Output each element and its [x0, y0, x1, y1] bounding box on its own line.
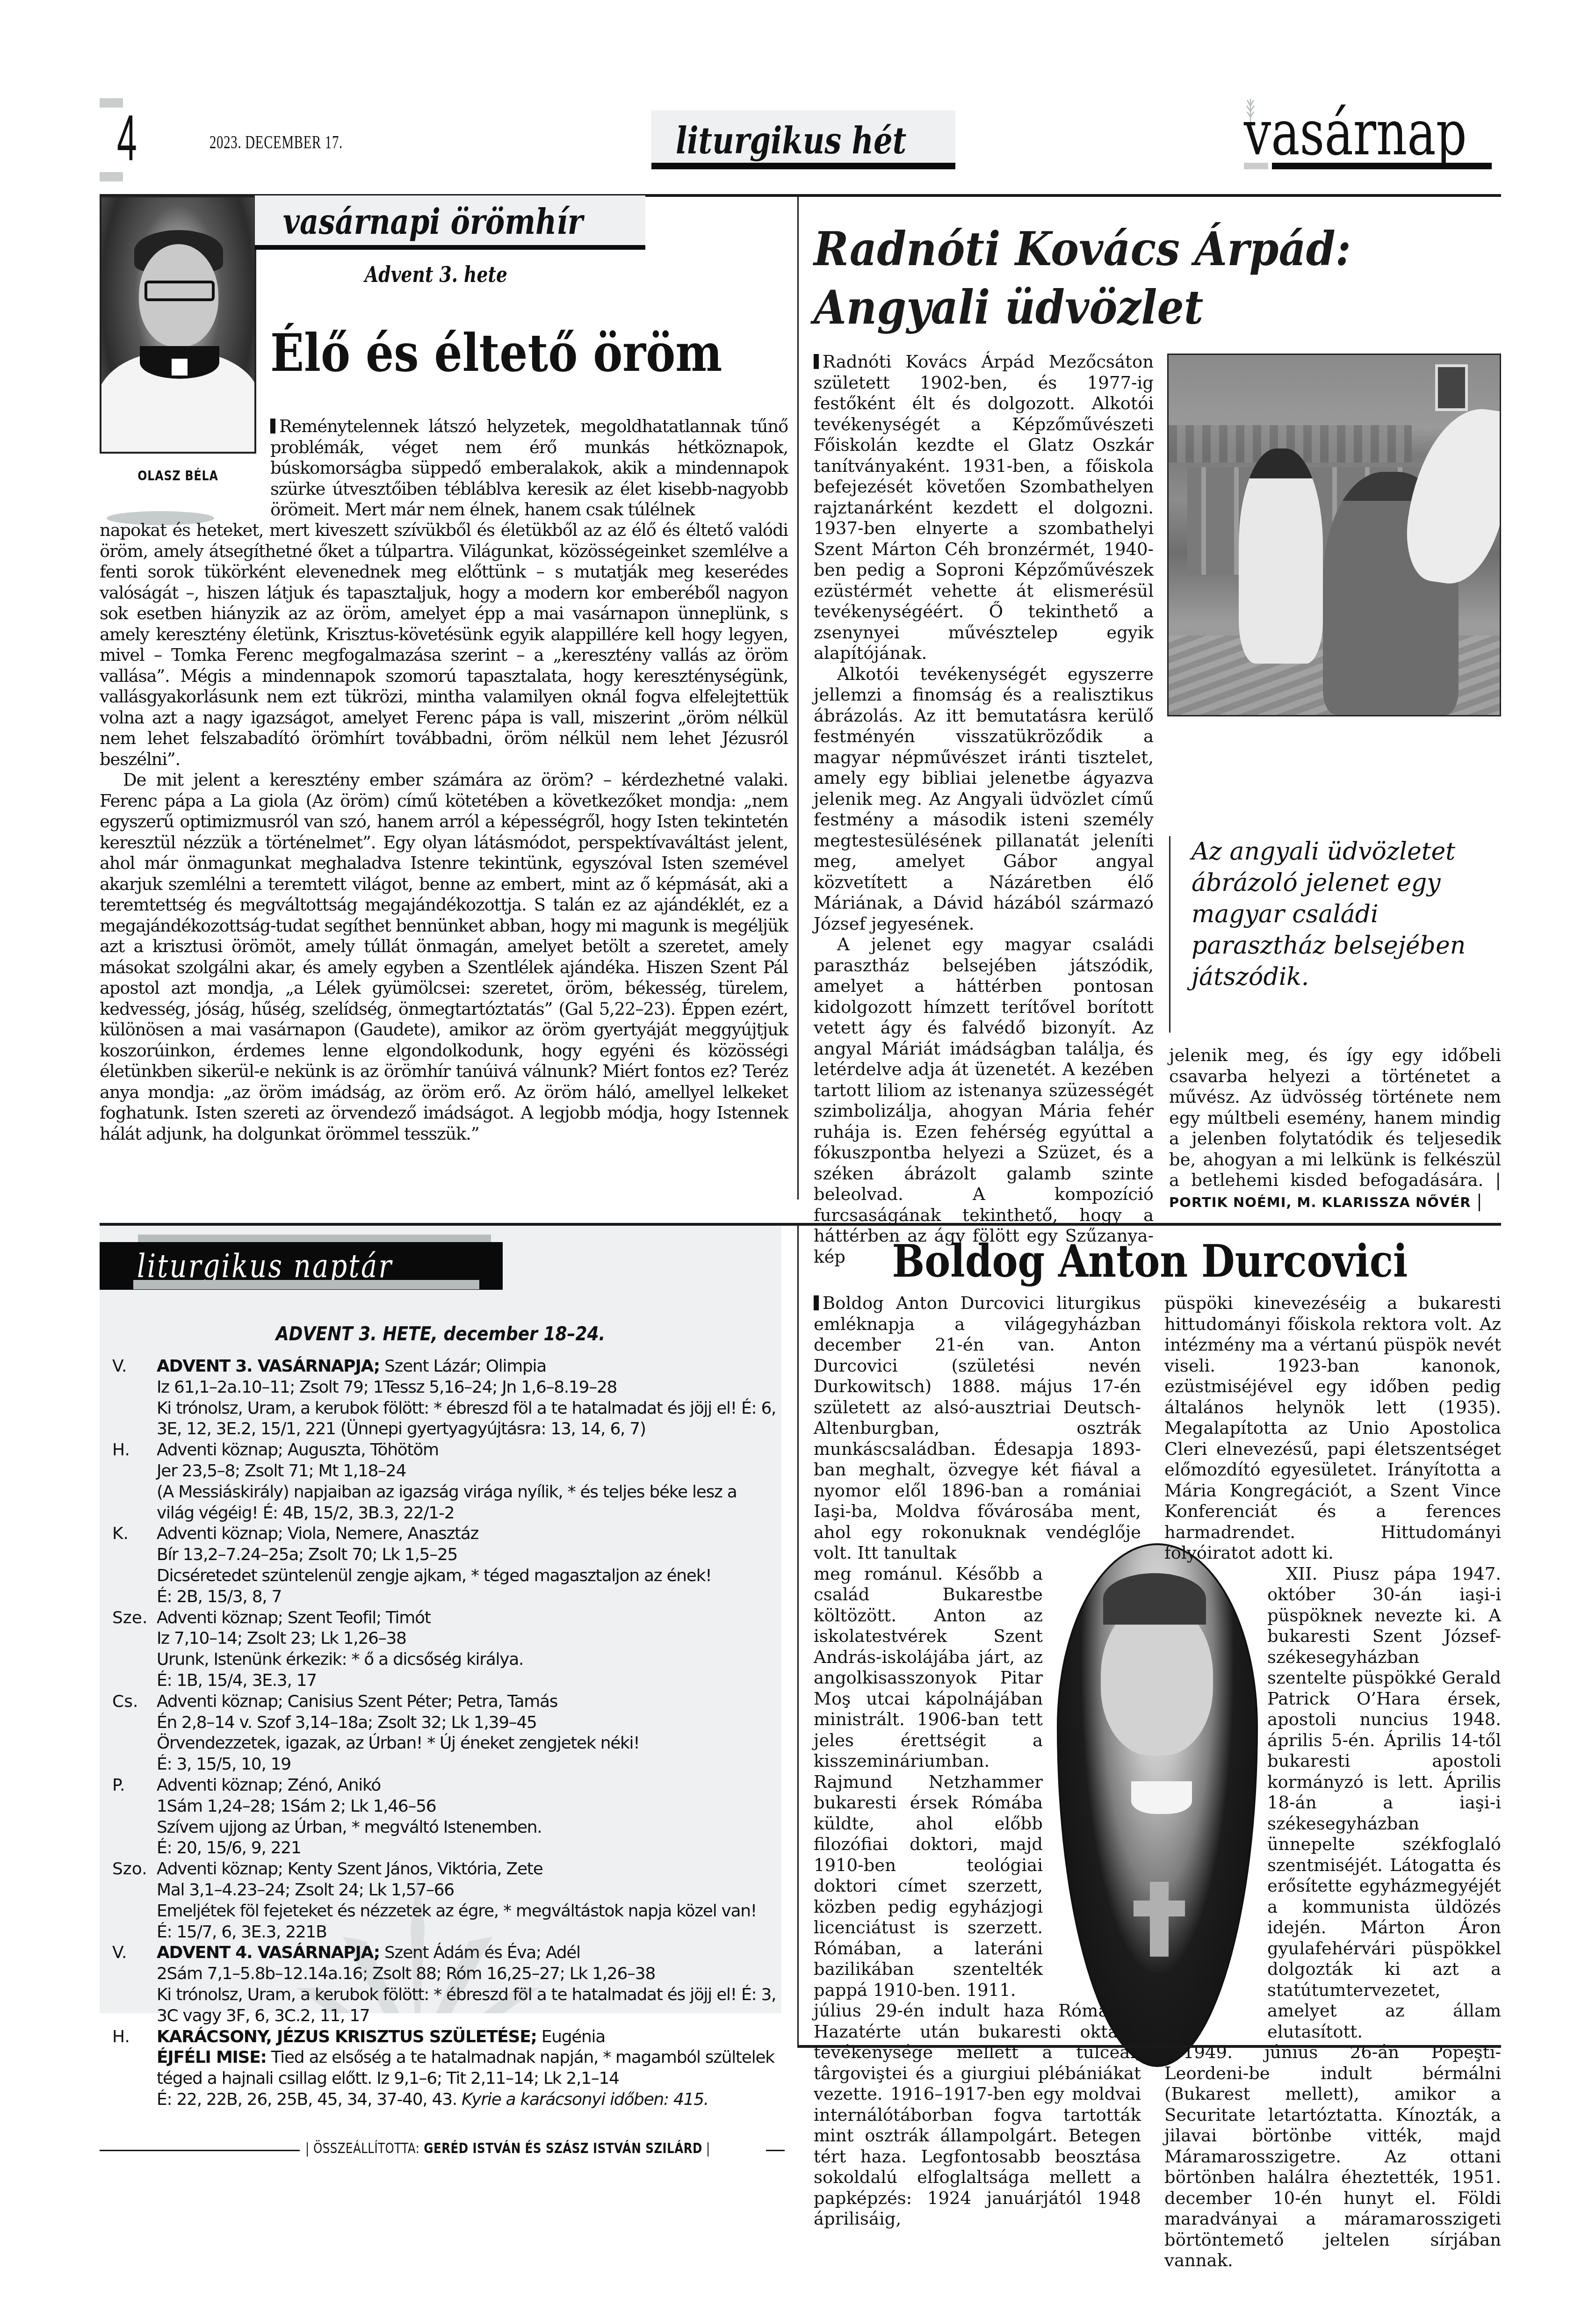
- annunciation-painting: [1167, 354, 1501, 716]
- art-article-column-1: Radnóti Kovács Árpád Mezőcsáton születet…: [814, 352, 1154, 1267]
- author-photo: [100, 195, 256, 454]
- column-kicker-text: vasárnapi örömhír: [283, 202, 583, 242]
- byline: PORTIK NOÉMI, M. KLARISSZA NŐVÉR: [1169, 1194, 1471, 1210]
- art-article-title: Radnóti Kovács Árpád: Angyali üdvözlet: [814, 220, 1351, 337]
- calendar-day: P. Adventi köznap; Zénó, Anikó1Sám 1,24–…: [112, 1775, 776, 1859]
- calendar-day: V. ADVENT 4. VASÁRNAPJA; Szent Ádám és É…: [112, 1943, 776, 2026]
- calendar-day: Szo. Adventi köznap; Kenty Szent János, …: [112, 1859, 776, 1943]
- calendar-title: liturgikus naptár: [137, 1247, 393, 1285]
- lead-marker-icon: [814, 354, 819, 369]
- article-paragraph: De mit jelent a keresztény ember számára…: [100, 770, 788, 1144]
- article-paragraph: Alkotói tevékenységét egyszerre jellemzi…: [814, 664, 1154, 935]
- column-divider-top: [797, 194, 799, 1200]
- calendar-tab-rule-bottom: [133, 1280, 479, 1289]
- masthead-title: vasárnap: [1244, 98, 1467, 168]
- section-label-text: liturgikus hét: [676, 120, 906, 162]
- calendar-day: H. Adventi köznap; Auguszta, TöhötömJer …: [112, 1440, 776, 1524]
- masthead-rule: [1272, 163, 1492, 169]
- column-kicker: vasárnapi örömhír: [255, 195, 645, 250]
- issue-date: 2023. DECEMBER 17.: [209, 131, 343, 153]
- calendar-day: Cs. Adventi köznap; Canisius Szent Péter…: [112, 1691, 776, 1775]
- calendar-list: V. ADVENT 3. VASÁRNAPJA; Szent Lázár; Ol…: [112, 1356, 776, 2110]
- section-label: liturgikus hét: [651, 110, 955, 169]
- author-name: OLASZ BÉLA: [114, 468, 242, 484]
- page-number: 4: [117, 108, 137, 168]
- lead-marker-icon: [270, 419, 275, 434]
- article-headline: Élő és éltető öröm: [270, 323, 722, 383]
- calendar-day: K. Adventi köznap; Viola, Nemere, Anaszt…: [112, 1524, 776, 1607]
- masthead-logo: vasárnap: [1244, 98, 1501, 171]
- article-paragraph: napokat és heteket, mert kiveszett szívü…: [100, 520, 788, 770]
- calendar-day: H. KARÁCSONY, JÉZUS KRISZTUS SZÜLETÉSE; …: [112, 2027, 776, 2110]
- article-body: napokat és heteket, mert kiveszett szívü…: [100, 520, 788, 1144]
- art-article-column-2: jelenik meg, és így egy időbeli csavarba…: [1169, 1045, 1501, 1213]
- calendar-day: V. ADVENT 3. VASÁRNAPJA; Szent Lázár; Ol…: [112, 1356, 776, 1440]
- article-lead-paragraph: Reménytelennek látszó helyzetek, megoldh…: [270, 416, 788, 520]
- column-divider-bottom: [797, 1225, 799, 2046]
- pull-quote: Az angyali üdvözletet ábrázoló jelenet e…: [1169, 836, 1501, 1033]
- durcovici-column-2: püspöki kinevezéséig a bukaresti hittudo…: [1164, 1293, 1501, 2271]
- lead-marker-icon: [814, 1295, 819, 1310]
- durcovici-headline: Boldog Anton Durcovici: [848, 1235, 1452, 1287]
- article-paragraph: A jelenet egy magyar családi parasztház …: [814, 934, 1154, 1267]
- page-number-rule-bottom: [100, 172, 123, 181]
- calendar-credits: | ÖSSZEÁLLÍTOTTA: GERÉD ISTVÁN ÉS SZÁSZ …: [100, 2140, 781, 2159]
- masthead-rule-grey: [1244, 163, 1268, 169]
- bottom-divider: [797, 2045, 1501, 2048]
- calendar-week-title: ADVENT 3. HETE, december 18–24.: [134, 1323, 747, 1345]
- column-subkicker: Advent 3. hete: [365, 262, 507, 287]
- calendar-day: Sze. Adventi köznap; Szent Teofil; Timót…: [112, 1608, 776, 1691]
